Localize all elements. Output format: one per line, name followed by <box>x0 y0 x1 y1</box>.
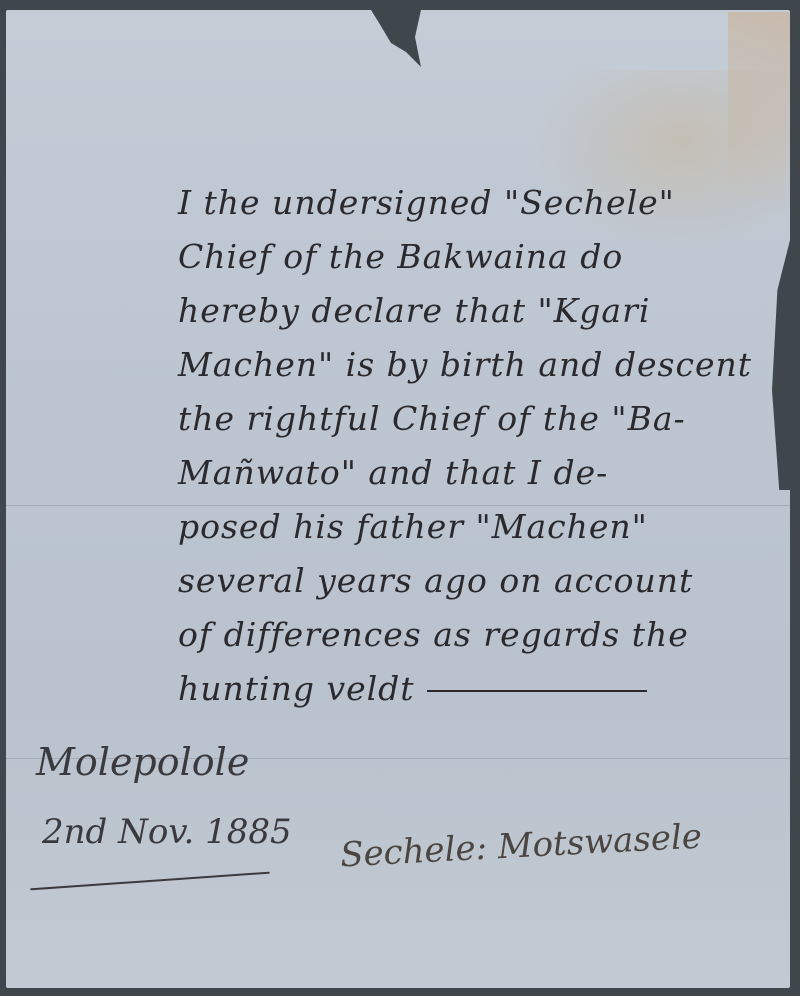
text-line: several years ago on account <box>178 554 788 608</box>
text-line: Machen" is by birth and descent <box>178 338 788 392</box>
text-line: of differences as regards the <box>178 608 788 662</box>
declaration-text: I the undersigned "Sechele" Chief of the… <box>178 176 788 716</box>
date: 2nd Nov. 1885 <box>42 812 292 852</box>
text-line: Chief of the Bakwaina do <box>178 230 788 284</box>
text-line: hereby declare that "Kgari <box>178 284 788 338</box>
closing-rule <box>427 690 647 692</box>
text-final: hunting veldt <box>178 669 415 708</box>
place-name: Molepolole <box>36 740 249 784</box>
text-line: the rightful Chief of the "Ba- <box>178 392 788 446</box>
text-line: I the undersigned "Sechele" <box>178 176 788 230</box>
text-line: posed his father "Machen" <box>178 500 788 554</box>
text-line: Mañwato" and that I de- <box>178 446 788 500</box>
paper-tear <box>371 10 421 70</box>
text-line-final: hunting veldt <box>178 662 788 716</box>
